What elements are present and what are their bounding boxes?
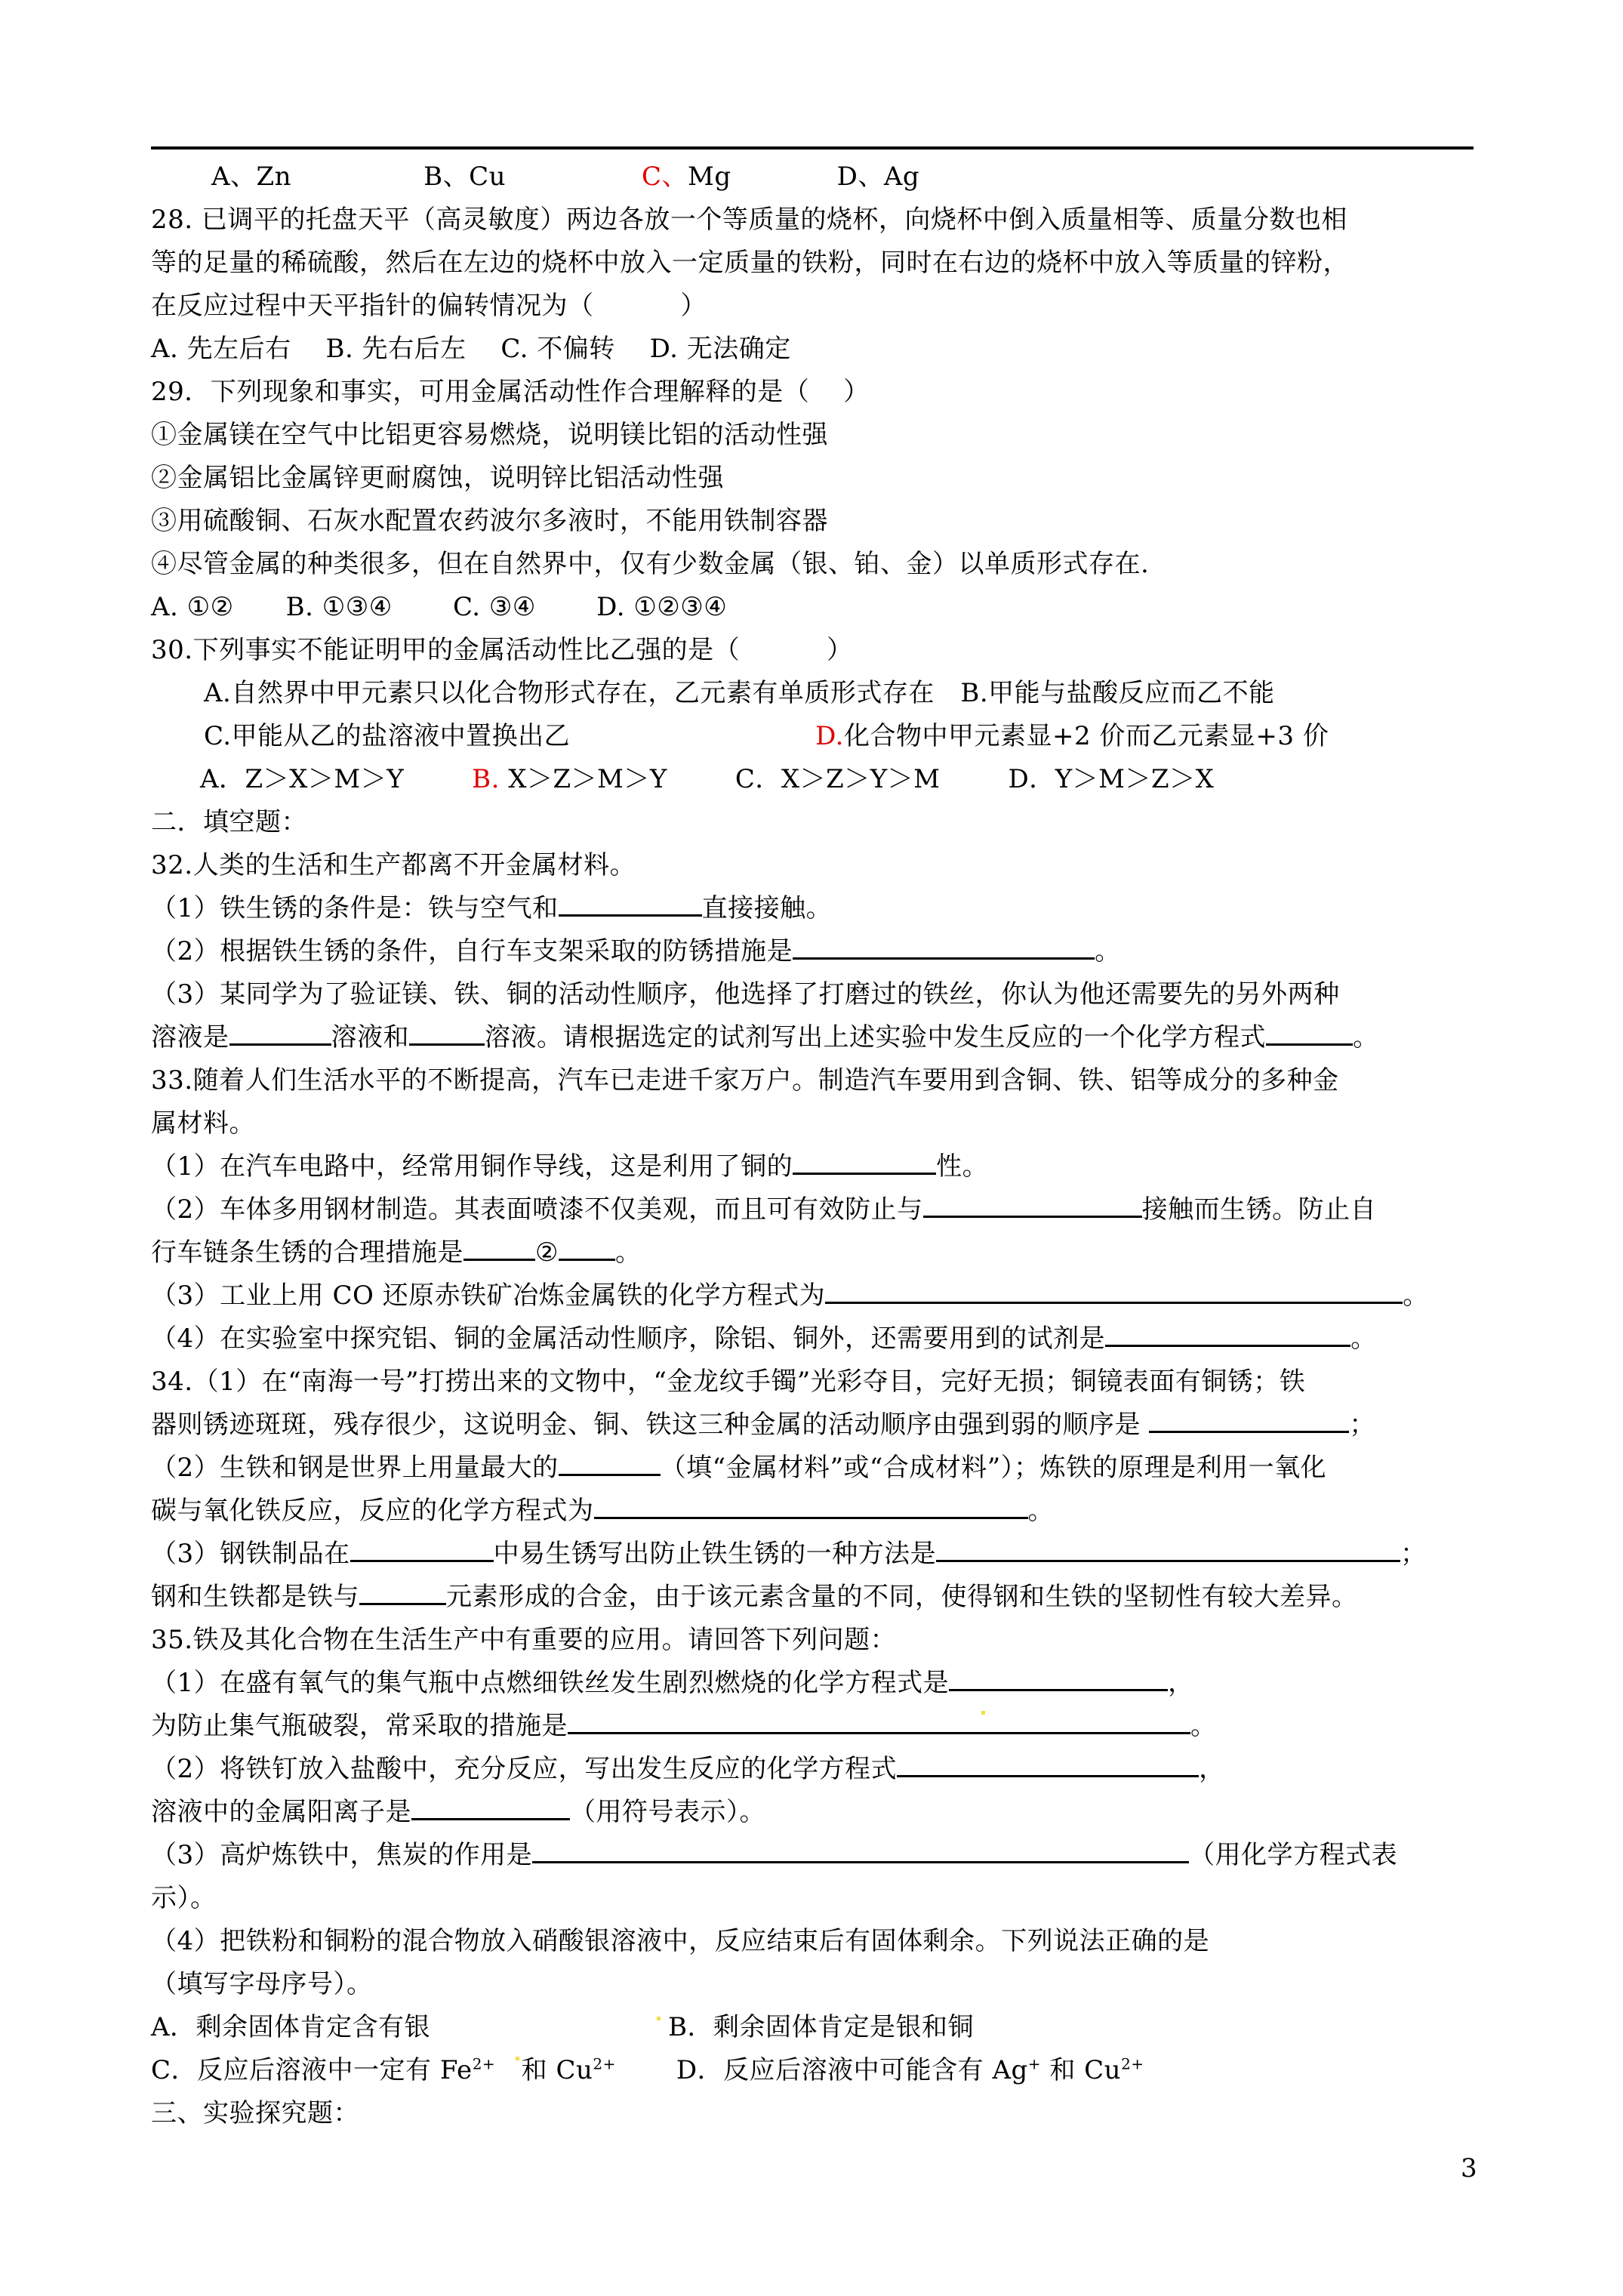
text-segment: 33.随着人们生活水平的不断提高，汽车已走进千家万户。制造汽车要用到含铜、铁、铝… <box>151 1065 1339 1096</box>
text-segment: ） <box>843 377 870 407</box>
fill-in-blank[interactable] <box>793 935 1095 960</box>
text-segment: ） <box>827 635 853 665</box>
text-segment: A、Zn <box>211 162 291 192</box>
text-line: A. ①② B. ①③④ C. ③④ D. ①②③④ <box>151 590 1472 624</box>
text-segment: 。 <box>615 1237 642 1268</box>
page-number: 3 <box>1461 2152 1477 2185</box>
text-segment: 二．填空题： <box>151 807 307 837</box>
text-line: A．Z＞X＞M＞YB. X＞Z＞M＞YC．X＞Z＞Y＞MD．Y＞M＞Z＞X <box>200 763 1521 796</box>
text-line: （4）在实验室中探究铝、铜的金属活动性顺序，除铝、铜外，还需要用到的试剂是。 <box>151 1322 1472 1355</box>
text-segment: （3）高炉炼铁中，焦炭的作用是 <box>151 1840 532 1870</box>
text-segment: ； <box>1349 1410 1375 1440</box>
text-segment: （4）在实验室中探究铝、铜的金属活动性顺序，除铝、铜外，还需要用到的试剂是 <box>151 1324 1105 1354</box>
text-segment: C．反应后溶液中一定有 Fe <box>151 2055 473 2085</box>
text-line: 32.人类的生活和生产都离不开金属材料。 <box>151 849 1472 882</box>
text-segment: （1）在汽车电路中，经常用铜作导线，这是利用了铜的 <box>151 1151 793 1182</box>
text-segment: （2）根据铁生锈的条件，自行车支架采取的防锈措施是 <box>151 936 793 966</box>
text-segment: （填“金属材料”或“合成材料”）；炼铁的原理是利用一氧化 <box>661 1453 1327 1483</box>
text-segment: 示）。 <box>151 1883 217 1913</box>
fill-in-blank[interactable] <box>559 1451 661 1476</box>
text-line: 28. 已调平的托盘天平（高灵敏度）两边各放一个等质量的烧杯，向烧杯中倒入质量相… <box>151 203 1472 236</box>
text-segment: ② <box>535 1237 559 1268</box>
text-segment: B、Cu <box>423 162 506 192</box>
text-segment: （1）铁生锈的条件是：铁与空气和 <box>151 893 559 923</box>
text-segment: 化合物中甲元素显+2 价而乙元素显+3 价 <box>844 721 1329 751</box>
text-line: 溶液是溶液和溶液。请根据选定的试剂写出上述实验中发生反应的一个化学方程式。 <box>151 1021 1472 1054</box>
fill-in-blank[interactable] <box>568 1709 1190 1734</box>
text-line: （2）将铁钉放入盐酸中，充分反应，写出发生反应的化学方程式， <box>151 1752 1472 1786</box>
text-segment: C.甲能从乙的盐溶液中置换出乙 <box>204 721 570 751</box>
text-segment: ， <box>1168 1668 1194 1698</box>
text-segment: ； <box>1400 1539 1427 1569</box>
text-segment: 35.铁及其化合物在生活生产中有重要的应用。请回答下列问题： <box>151 1625 896 1655</box>
text-segment: （用符号表示）。 <box>570 1797 765 1827</box>
text-line: （2）车体多用钢材制造。其表面喷漆不仅美观，而且可有效防止与接触而生锈。防止自 <box>151 1193 1472 1226</box>
text-segment: （填写字母序号）。 <box>151 1969 373 1999</box>
text-segment: 接触而生锈。防止自 <box>1142 1194 1377 1225</box>
ion-charge-superscript: 2+ <box>473 2055 495 2073</box>
text-segment: A.自然界中甲元素只以化合物形式存在，乙元素有单质形式存在 B.甲能与盐酸反应而… <box>204 678 1275 708</box>
text-line: 碳与氧化铁反应，反应的化学方程式为。 <box>151 1494 1472 1527</box>
fill-in-blank[interactable] <box>1149 1408 1349 1433</box>
fill-in-blank[interactable] <box>1266 1021 1353 1046</box>
fill-in-blank[interactable] <box>229 1021 331 1046</box>
text-segment: （用化学方程式表 <box>1189 1840 1397 1870</box>
text-segment: 器则锈迹斑斑，残存很少，这说明金、铜、铁这三种金属的活动顺序由强到弱的顺序是 <box>151 1410 1149 1440</box>
text-segment: 性。 <box>936 1151 988 1182</box>
text-segment: 。 <box>1028 1496 1055 1526</box>
highlight-mark-icon <box>981 1711 985 1715</box>
text-segment: ①金属镁在空气中比铝更容易燃烧，说明镁比铝的活动性强 <box>151 420 828 450</box>
text-line: ①金属镁在空气中比铝更容易燃烧，说明镁比铝的活动性强 <box>151 418 1472 451</box>
text-line: 行车链条生锈的合理措施是②。 <box>151 1236 1472 1269</box>
ion-charge-superscript: + <box>1028 2055 1041 2073</box>
fill-in-blank[interactable] <box>793 1150 936 1175</box>
text-segment: （2）车体多用钢材制造。其表面喷漆不仅美观，而且可有效防止与 <box>151 1194 923 1225</box>
text-line: 示）。 <box>151 1881 1472 1915</box>
fill-in-blank[interactable] <box>559 892 702 917</box>
text-line: 三、实验探究题： <box>151 2097 1472 2130</box>
text-segment: A. 先左后右 B. 先右后左 C. 不偏转 D. 无法确定 <box>151 334 791 364</box>
text-segment: Mg <box>688 162 731 192</box>
text-line: （3）钢铁制品在中易生锈写出防止铁生锈的一种方法是； <box>151 1537 1472 1570</box>
text-line: 等的足量的稀硫酸，然后在左边的烧杯中放入一定质量的铁粉，同时在右边的烧杯中放入等… <box>151 246 1472 279</box>
text-segment: ③用硫酸铜、石灰水配置农药波尔多液时，不能用铁制容器 <box>151 506 828 536</box>
answer-mark: C、 <box>642 162 688 192</box>
text-line: ④尽管金属的种类很多，但在自然界中，仅有少数金属（银、铂、金）以单质形式存在. <box>151 547 1472 581</box>
answer-mark: D. <box>815 721 844 751</box>
text-segment: 。 <box>1190 1711 1217 1741</box>
text-segment: 。 <box>1403 1281 1429 1311</box>
fill-in-blank[interactable] <box>897 1752 1199 1777</box>
text-line: 器则锈迹斑斑，残存很少，这说明金、铜、铁这三种金属的活动顺序由强到弱的顺序是 ； <box>151 1408 1472 1441</box>
text-line: （2）根据铁生锈的条件，自行车支架采取的防锈措施是。 <box>151 935 1472 968</box>
text-segment: 溶液和 <box>331 1022 410 1052</box>
text-line: （3）高炉炼铁中，焦炭的作用是（用化学方程式表 <box>151 1838 1472 1872</box>
text-segment: 28. 已调平的托盘天平（高灵敏度）两边各放一个等质量的烧杯，向烧杯中倒入质量相… <box>151 205 1347 235</box>
fill-in-blank[interactable] <box>532 1838 1189 1863</box>
text-line: 溶液中的金属阳离子是（用符号表示）。 <box>151 1795 1472 1829</box>
highlight-mark-icon <box>516 2057 519 2060</box>
text-line: A、ZnB、CuC、MgD、Ag <box>211 160 1532 193</box>
answer-mark: B. <box>472 764 500 794</box>
text-line: 属材料。 <box>151 1107 1472 1140</box>
text-segment: 29．下列现象和事实，可用金属活动性作合理解释的是（ <box>151 377 809 407</box>
text-segment: 和 Cu <box>1041 2055 1121 2085</box>
text-line: （1）在汽车电路中，经常用铜作导线，这是利用了铜的性。 <box>151 1150 1472 1183</box>
text-segment: 溶液中的金属阳离子是 <box>151 1797 411 1827</box>
text-segment: A．Z＞X＞M＞Y <box>200 764 404 794</box>
text-segment: D．Y＞M＞Z＞X <box>1008 764 1214 794</box>
text-line: 29．下列现象和事实，可用金属活动性作合理解释的是（） <box>151 375 1472 408</box>
text-line: A.自然界中甲元素只以化合物形式存在，乙元素有单质形式存在 B.甲能与盐酸反应而… <box>204 676 1525 710</box>
fill-in-blank[interactable] <box>949 1666 1168 1691</box>
text-segment: 属材料。 <box>151 1108 255 1139</box>
text-line: 33.随着人们生活水平的不断提高，汽车已走进千家万户。制造汽车要用到含铜、铁、铝… <box>151 1064 1472 1097</box>
text-line: （1）在盛有氧气的集气瓶中点燃细铁丝发生剧烈燃烧的化学方程式是， <box>151 1666 1472 1700</box>
fill-in-blank[interactable] <box>923 1193 1142 1218</box>
ion-charge-superscript: 2+ <box>593 2055 615 2073</box>
text-segment: 32.人类的生活和生产都离不开金属材料。 <box>151 850 636 880</box>
text-segment: 碳与氧化铁反应，反应的化学方程式为 <box>151 1496 594 1526</box>
text-line: 34.（1）在“南海一号”打捞出来的文物中，“金龙纹手镯”光彩夺目，完好无损；铜… <box>151 1365 1472 1398</box>
text-segment: 元素形成的合金，由于该元素含量的不同，使得钢和生铁的坚韧性有较大差异。 <box>446 1582 1358 1612</box>
fill-in-blank[interactable] <box>825 1279 1403 1304</box>
text-segment: （4）把铁粉和铜粉的混合物放入硝酸银溶液中，反应结束后有固体剩余。下列说法正确的… <box>151 1926 1209 1956</box>
text-segment: D．反应后溶液中可能含有 Ag <box>676 2055 1028 2085</box>
text-segment: 为防止集气瓶破裂，常采取的措施是 <box>151 1711 568 1741</box>
text-line: A. 先左后右 B. 先右后左 C. 不偏转 D. 无法确定 <box>151 332 1472 365</box>
text-line: （2）生铁和钢是世界上用量最大的（填“金属材料”或“合成材料”）；炼铁的原理是利… <box>151 1451 1472 1484</box>
fill-in-blank[interactable] <box>359 1580 446 1605</box>
text-segment: ④尽管金属的种类很多，但在自然界中，仅有少数金属（银、铂、金）以单质形式存在. <box>151 549 1149 579</box>
text-line: C．反应后溶液中一定有 Fe2+ 和 Cu2+D．反应后溶液中可能含有 Ag+ … <box>151 2054 1472 2087</box>
fill-in-blank[interactable] <box>409 1021 485 1046</box>
text-segment: 和 Cu <box>495 2055 593 2085</box>
text-line: ②金属铝比金属锌更耐腐蚀，说明锌比铝活动性强 <box>151 461 1472 495</box>
text-segment: 。 <box>1350 1324 1377 1354</box>
text-segment: 等的足量的稀硫酸，然后在左边的烧杯中放入一定质量的铁粉，同时在右边的烧杯中放入等… <box>151 248 1349 278</box>
fill-in-blank[interactable] <box>411 1795 570 1820</box>
text-line: C.甲能从乙的盐溶液中置换出乙D.化合物中甲元素显+2 价而乙元素显+3 价 <box>204 720 1525 753</box>
fill-in-blank[interactable] <box>1105 1322 1350 1347</box>
text-segment: ） <box>681 291 707 321</box>
text-segment: A．剩余固体肯定含有银 <box>151 2012 430 2042</box>
text-segment: ②金属铝比金属锌更耐腐蚀，说明锌比铝活动性强 <box>151 463 724 493</box>
text-segment: 钢和生铁都是铁与 <box>151 1582 359 1612</box>
text-line: （1）铁生锈的条件是：铁与空气和直接接触。 <box>151 892 1472 925</box>
header-rule <box>151 146 1474 149</box>
text-segment: B．剩余固体肯定是银和铜 <box>668 2012 974 2042</box>
text-line: 30.下列事实不能证明甲的金属活动性比乙强的是（） <box>151 633 1472 667</box>
text-segment: ， <box>1199 1754 1225 1784</box>
text-line: ③用硫酸铜、石灰水配置农药波尔多液时，不能用铁制容器 <box>151 504 1472 538</box>
fill-in-blank[interactable] <box>350 1537 494 1562</box>
text-line: 钢和生铁都是铁与元素形成的合金，由于该元素含量的不同，使得钢和生铁的坚韧性有较大… <box>151 1580 1472 1613</box>
text-line: （3）某同学为了验证镁、铁、铜的活动性顺序，他选择了打磨过的铁丝，你认为他还需要… <box>151 978 1472 1011</box>
text-line: 在反应过程中天平指针的偏转情况为（） <box>151 289 1472 322</box>
text-segment: 在反应过程中天平指针的偏转情况为（ <box>151 291 594 321</box>
fill-in-blank[interactable] <box>594 1494 1028 1519</box>
text-line: （填写字母序号）。 <box>151 1968 1472 2001</box>
text-line: 35.铁及其化合物在生活生产中有重要的应用。请回答下列问题： <box>151 1623 1472 1657</box>
fill-in-blank[interactable] <box>463 1236 535 1261</box>
text-line: 二．填空题： <box>151 806 1472 839</box>
text-segment: （2）生铁和钢是世界上用量最大的 <box>151 1453 559 1483</box>
text-segment: C．X＞Z＞Y＞M <box>735 764 941 794</box>
text-segment: 34.（1）在“南海一号”打捞出来的文物中，“金龙纹手镯”光彩夺目，完好无损；铜… <box>151 1367 1305 1397</box>
highlight-mark-icon <box>657 2017 661 2020</box>
fill-in-blank[interactable] <box>559 1236 615 1261</box>
text-segment: 。 <box>1095 936 1121 966</box>
text-segment: 直接接触。 <box>702 893 833 923</box>
text-segment: 中易生锈写出防止铁生锈的一种方法是 <box>494 1539 937 1569</box>
text-line: （3）工业上用 CO 还原赤铁矿冶炼金属铁的化学方程式为。 <box>151 1279 1472 1312</box>
text-segment: D、Ag <box>837 162 920 192</box>
text-segment: 30.下列事实不能证明甲的金属活动性比乙强的是（ <box>151 635 740 665</box>
text-segment: （3）钢铁制品在 <box>151 1539 350 1569</box>
text-segment: 三、实验探究题： <box>151 2098 359 2128</box>
text-line: 为防止集气瓶破裂，常采取的措施是。 <box>151 1709 1472 1743</box>
text-line: （4）把铁粉和铜粉的混合物放入硝酸银溶液中，反应结束后有固体剩余。下列说法正确的… <box>151 1925 1472 1958</box>
text-segment: A. ①② B. ①③④ C. ③④ D. ①②③④ <box>151 592 727 622</box>
text-segment: 行车链条生锈的合理措施是 <box>151 1237 463 1268</box>
text-segment: X＞Z＞M＞Y <box>500 764 667 794</box>
ion-charge-superscript: 2+ <box>1121 2055 1144 2073</box>
fill-in-blank[interactable] <box>936 1537 1400 1562</box>
text-segment: （2）将铁钉放入盐酸中，充分反应，写出发生反应的化学方程式 <box>151 1754 897 1784</box>
text-segment: （3）工业上用 CO 还原赤铁矿冶炼金属铁的化学方程式为 <box>151 1281 825 1311</box>
text-segment: 。 <box>1353 1022 1379 1052</box>
text-line: A．剩余固体肯定含有银B．剩余固体肯定是银和铜 <box>151 2011 1472 2044</box>
text-segment: （3）某同学为了验证镁、铁、铜的活动性顺序，他选择了打磨过的铁丝，你认为他还需要… <box>151 979 1340 1009</box>
text-segment: 溶液。请根据选定的试剂写出上述实验中发生反应的一个化学方程式 <box>485 1022 1266 1052</box>
text-segment: （1）在盛有氧气的集气瓶中点燃细铁丝发生剧烈燃烧的化学方程式是 <box>151 1668 949 1698</box>
text-segment: 溶液是 <box>151 1022 229 1052</box>
